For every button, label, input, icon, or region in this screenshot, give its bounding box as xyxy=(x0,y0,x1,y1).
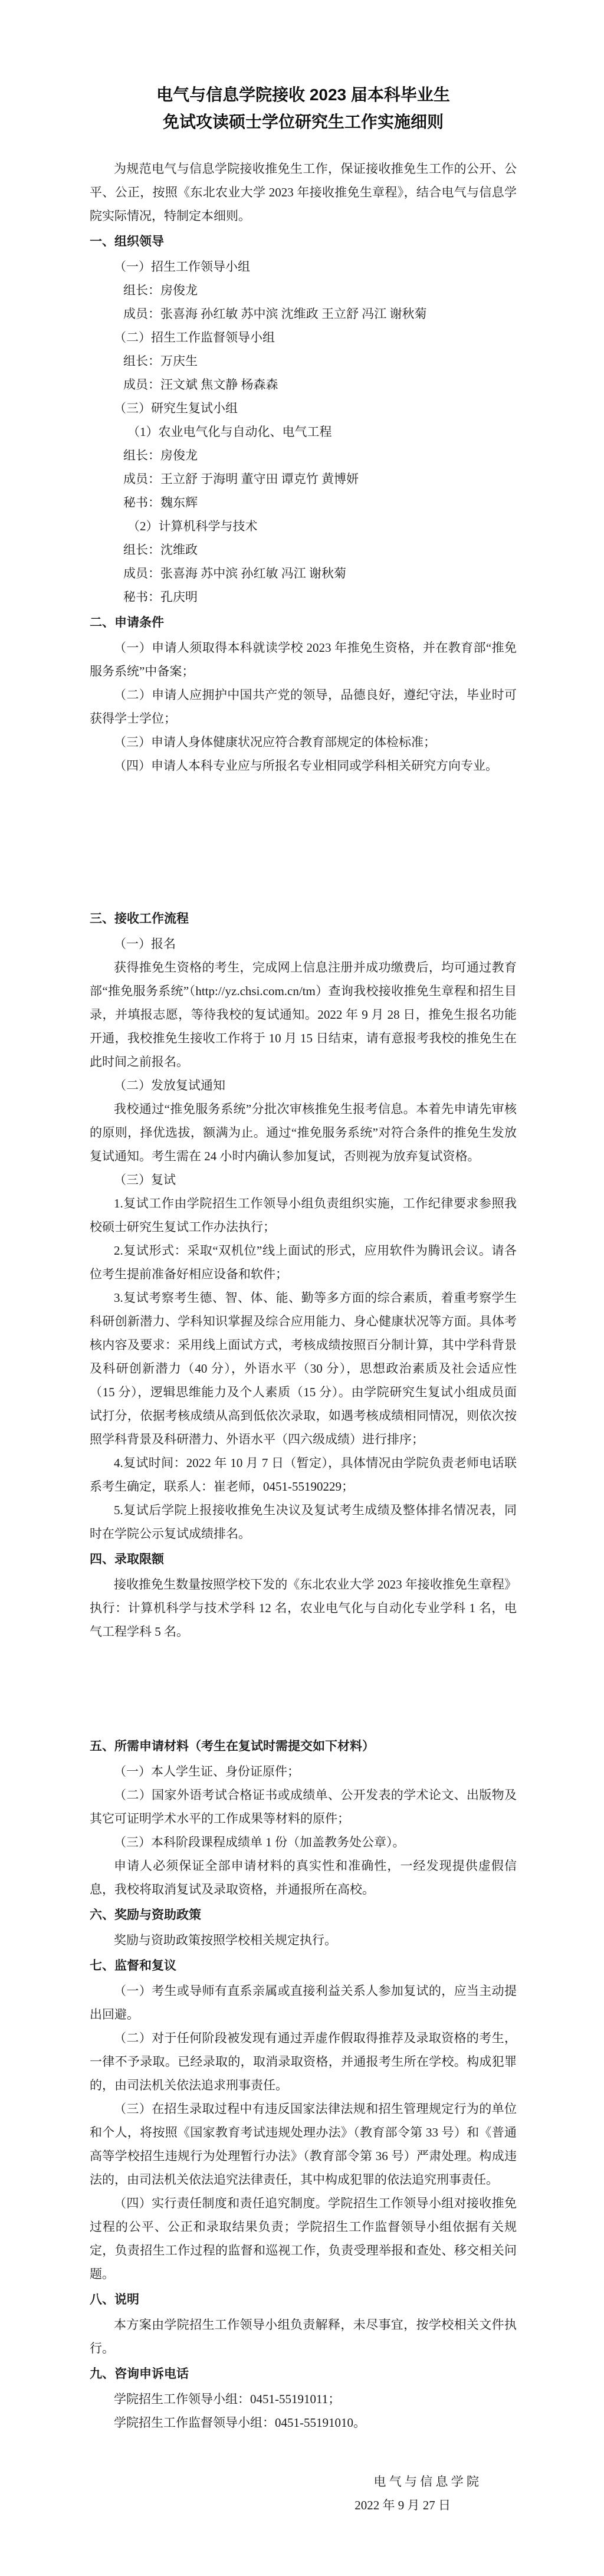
document-page-2: 三、接收工作流程（一）报名获得推免生资格的考生，完成网上信息注册并成功缴费后，均… xyxy=(90,907,517,1643)
paragraph: （一）考生或导师有直系亲属或直接利益关系人参加复试的，应当主动提出回避。 xyxy=(90,1979,517,2026)
member-line: 成员：张喜海 苏中滨 孙红敏 冯江 谢秋菊 xyxy=(90,562,517,585)
paragraph: 3.复试考察考生德、智、体、能、勤等多方面的综合素质，着重考察学生科研创新潜力、… xyxy=(90,1286,517,1451)
member-line: 秘书：孔庆明 xyxy=(90,585,517,609)
member-line: 成员：汪文斌 焦文静 杨森森 xyxy=(90,373,517,396)
section-heading: 一、组织领导 xyxy=(90,230,517,254)
subgroup-line: （2）计算机科学与技术 xyxy=(90,514,517,538)
subgroup-line: （1）农业电气化与自动化、电气工程 xyxy=(90,420,517,444)
paragraph: （二）国家外语考试合格证书或成绩单、公开发表的学术论文、出版物及其它可证明学术水… xyxy=(90,1783,517,1830)
paragraph: 为规范电气与信息学院接收推免生工作，保证接收推免生工作的公开、公平、公正，按照《… xyxy=(90,157,517,228)
paragraph: （三）在招生录取过程中有违反国家法律法规和招生管理规定行为的单位和个人，将按照《… xyxy=(90,2097,517,2191)
paragraph: 5.复试后学院上报接收推免生决议及复试考生成绩及整体排名情况表，同时在学院公示复… xyxy=(90,1498,517,1545)
section-heading: 三、接收工作流程 xyxy=(90,907,517,931)
paragraph: （二）发放复试通知 xyxy=(90,1074,517,1097)
paragraph: 获得推免生资格的考生，完成网上信息注册并成功缴费后，均可通过教育部“推免服务系统… xyxy=(90,956,517,1074)
section-heading: 五、所需申请材料（考生在复试时需提交如下材料） xyxy=(90,1735,517,1758)
paragraph: （三）申请人身体健康状况应符合教育部规定的体检标准； xyxy=(90,730,517,754)
member-line: 组长：沈维政 xyxy=(90,538,517,562)
paragraph: （二）招生工作监督领导小组 xyxy=(90,326,517,349)
paragraph: 本方案由学院招生工作领导小组负责解释，未尽事宜，按学校相关文件执行。 xyxy=(90,2313,517,2360)
paragraph: （一）招生工作领导小组 xyxy=(90,255,517,278)
paragraph: （一）报名 xyxy=(90,932,517,956)
document-body: 为规范电气与信息学院接收推免生工作，保证接收推免生工作的公开、公平、公正，按照《… xyxy=(90,157,517,2434)
document-title-line1: 电气与信息学院接收 2023 届本科毕业生 xyxy=(90,81,517,109)
paragraph: 1.复试工作由学院招生工作领导小组负责组织实施，工作纪律要求参照我校硕士研究生复… xyxy=(90,1192,517,1239)
paragraph: （二）对于任何阶段被发现有通过弄虚作假取得推荐及录取资格的考生，一律不予录取。已… xyxy=(90,2026,517,2097)
member-line: 秘书：魏东辉 xyxy=(90,491,517,514)
document-page-3: 五、所需申请材料（考生在复试时需提交如下材料）（一）本人学生证、身份证原件；（二… xyxy=(90,1735,517,2434)
footer-signature: 电 气 与 信 息 学 院 xyxy=(90,2470,517,2493)
section-heading: 二、申请条件 xyxy=(90,611,517,635)
member-line: 组长：房俊龙 xyxy=(90,444,517,467)
paragraph: （一）申请人须取得本科就读学校 2023 年推免生资格，并在教育部“推免服务系统… xyxy=(90,636,517,683)
footer-date: 2022 年 9 月 27 日 xyxy=(90,2493,517,2517)
section-heading: 四、录取限额 xyxy=(90,1548,517,1571)
paragraph: 接收推免生数量按照学校下发的《东北农业大学 2023 年接收推免生章程》执行：计… xyxy=(90,1573,517,1643)
paragraph: （四）申请人本科专业应与所报名专业相同或学科相关研究方向专业。 xyxy=(90,754,517,777)
paragraph: （三）研究生复试小组 xyxy=(90,396,517,420)
paragraph: （三）本科阶段课程成绩单 1 份（加盖教务处公章）。 xyxy=(90,1830,517,1854)
paragraph: （一）本人学生证、身份证原件； xyxy=(90,1760,517,1783)
paragraph: 2.复试形式：采取“双机位”线上面试的形式，应用软件为腾讯会议。请各位考生提前准… xyxy=(90,1239,517,1286)
paragraph: 奖励与资助政策按照学校相关规定执行。 xyxy=(90,1928,517,1952)
section-heading: 八、说明 xyxy=(90,2288,517,2312)
document-footer: 电 气 与 信 息 学 院 2022 年 9 月 27 日 xyxy=(90,2470,517,2517)
member-line: 成员：王立舒 于海明 董守田 谭克竹 黄博妍 xyxy=(90,467,517,491)
section-heading: 六、奖励与资助政策 xyxy=(90,1904,517,1927)
section-heading: 七、监督和复议 xyxy=(90,1954,517,1978)
paragraph: 我校通过“推免服务系统”分批次审核推免生报考信息。本着先申请先审核的原则，择优选… xyxy=(90,1097,517,1168)
paragraph: （二）申请人应拥护中国共产党的领导，品德良好，遵纪守法，毕业时可获得学士学位； xyxy=(90,683,517,730)
member-line: 组长：房俊龙 xyxy=(90,278,517,302)
member-line: 组长：万庆生 xyxy=(90,349,517,373)
member-line: 成员：张喜海 孙红敏 苏中滨 沈维政 王立舒 冯江 谢秋菊 xyxy=(90,302,517,326)
paragraph: 学院招生工作监督领导小组：0451-55191010。 xyxy=(90,2411,517,2434)
paragraph: 4.复试时间：2022 年 10 月 7 日（暂定），具体情况由学院负责老师电话… xyxy=(90,1451,517,1498)
paragraph: 申请人必须保证全部申请材料的真实性和准确性，一经发现提供虚假信息，我校将取消复试… xyxy=(90,1854,517,1901)
document-title: 电气与信息学院接收 2023 届本科毕业生 免试攻读硕士学位研究生工作实施细则 xyxy=(90,81,517,136)
document-page: 电气与信息学院接收 2023 届本科毕业生 免试攻读硕士学位研究生工作实施细则 … xyxy=(0,0,604,2576)
section-heading: 九、咨询申诉电话 xyxy=(90,2362,517,2386)
paragraph: 学院招生工作领导小组：0451-55191011； xyxy=(90,2387,517,2411)
paragraph: （四）实行责任制度和责任追究制度。学院招生工作领导小组对接收推免过程的公平、公正… xyxy=(90,2191,517,2286)
document-page-1: 为规范电气与信息学院接收推免生工作，保证接收推免生工作的公开、公平、公正，按照《… xyxy=(90,157,517,777)
paragraph: （三）复试 xyxy=(90,1168,517,1192)
document-title-line2: 免试攻读硕士学位研究生工作实施细则 xyxy=(90,109,517,136)
